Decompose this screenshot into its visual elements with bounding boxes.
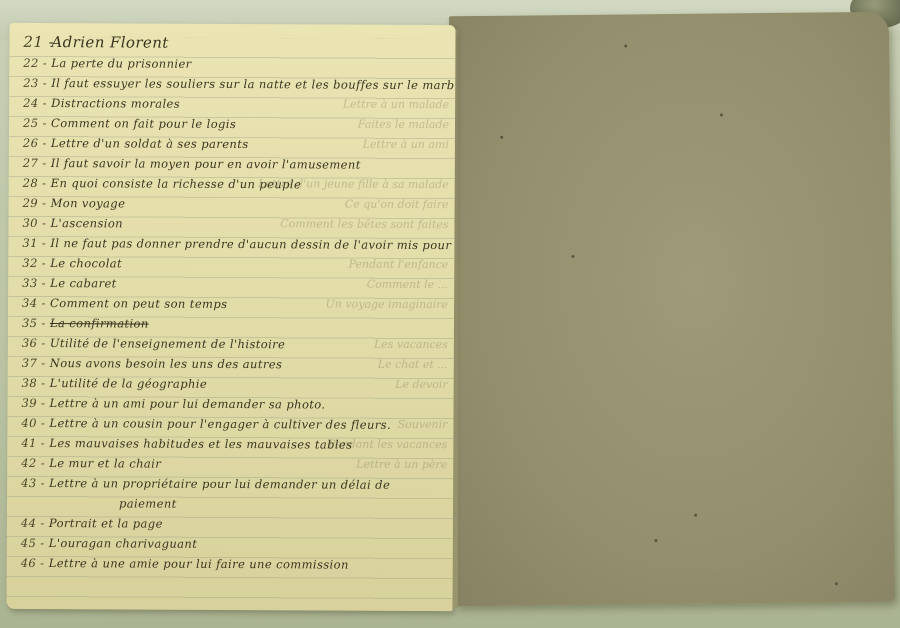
entry-text: paiement <box>119 496 177 510</box>
notebook-entry: 45 -L'ouragan charivaguant <box>21 533 451 555</box>
notebook-entry: 46 -Lettre à une amie pour lui faire une… <box>21 553 451 575</box>
entry-text: Comment on peut son temps <box>50 296 227 311</box>
notebook-entry: 31 -Il ne faut pas donner prendre d'aucu… <box>22 233 452 255</box>
notebook-entry: 26 -Lettre d'un soldat à ses parents <box>23 133 453 155</box>
entry-text: La confirmation <box>50 316 149 331</box>
entry-text: L'ouragan charivaguant <box>49 536 198 551</box>
entry-number: 25 - <box>23 113 51 133</box>
entry-text: Le cabaret <box>50 276 117 290</box>
entry-number: 38 - <box>22 373 50 393</box>
entry-number: 27 - <box>23 153 51 173</box>
notebook-entry: 23 -Il faut essuyer les souliers sur la … <box>23 73 453 95</box>
notebook-entry: 36 -Utilité de l'enseignement de l'histo… <box>22 333 452 355</box>
entry-number: 32 - <box>22 253 50 273</box>
entry-number: 21 - <box>23 31 51 53</box>
entry-number: 22 - <box>23 53 51 73</box>
entry-text: Portrait et la page <box>49 516 163 531</box>
notebook-entry: 21 -Adrien Florent <box>23 31 453 55</box>
entry-number: 41 - <box>21 433 49 453</box>
entry-number: 28 - <box>23 173 51 193</box>
entry-text: Le mur et la chair <box>49 456 161 471</box>
entry-number: 46 - <box>21 553 49 573</box>
entry-number: 29 - <box>23 193 51 213</box>
entry-number: 26 - <box>23 133 51 153</box>
entry-number: 43 - <box>21 473 49 493</box>
entry-text: Lettre d'un soldat à ses parents <box>51 136 249 151</box>
entry-number: 40 - <box>21 413 49 433</box>
notebook-entry: 28 -En quoi consiste la richesse d'un pe… <box>23 173 453 195</box>
entry-text: Il ne faut pas donner prendre d'aucun de… <box>50 236 455 252</box>
notebook-entry: 24 -Distractions morales <box>23 93 453 115</box>
entry-number: 44 - <box>21 513 49 533</box>
entry-text: Les mauvaises habitudes et les mauvaises… <box>49 436 352 452</box>
entry-number: 31 - <box>22 233 50 253</box>
entry-number: 33 - <box>22 273 50 293</box>
notebook-entry: 30 -L'ascension <box>22 213 452 235</box>
notebook-entry: 40 -Lettre à un cousin pour l'engager à … <box>21 413 451 435</box>
entry-text: Lettre à un cousin pour l'engager à cult… <box>49 416 391 432</box>
entry-number: 39 - <box>21 393 49 413</box>
entry-text: Distractions morales <box>51 96 180 111</box>
notebook-entry: 27 -Il faut savoir la moyen pour en avoi… <box>23 153 453 175</box>
entry-text: Le chocolat <box>50 256 122 270</box>
entry-number: 30 - <box>22 213 50 233</box>
entry-number: 35 - <box>22 313 50 333</box>
entry-text: Comment on fait pour le logis <box>51 116 236 131</box>
notebook-photo: Lettre à un maladeFaites le maladeLettre… <box>0 0 900 628</box>
entry-text: Adrien Florent <box>51 33 168 52</box>
notebook-entry: 42 -Le mur et la chair <box>21 453 451 475</box>
notebook-entry: 44 -Portrait et la page <box>21 513 451 535</box>
entry-text: Mon voyage <box>51 196 126 210</box>
entry-text: L'ascension <box>50 216 123 230</box>
entry-text: En quoi consiste la richesse d'un peuple <box>51 176 302 191</box>
notebook-entry: 38 -L'utilité de la géographie <box>22 373 452 395</box>
left-page: Lettre à un maladeFaites le maladeLettre… <box>6 23 455 611</box>
entry-number: 37 - <box>22 353 50 373</box>
entry-text: Utilité de l'enseignement de l'histoire <box>50 336 286 351</box>
notebook-entry: 22 -La perte du prisonnier <box>23 53 453 75</box>
notebook-entry: 35 -La confirmation <box>22 313 452 335</box>
notebook-entry: 25 -Comment on fait pour le logis <box>23 113 453 135</box>
entry-text: Il faut savoir la moyen pour en avoir l'… <box>51 156 361 172</box>
notebook-entry: 41 -Les mauvaises habitudes et les mauva… <box>21 433 451 455</box>
entry-number: 45 - <box>21 533 49 553</box>
notebook-entry: 33 -Le cabaret <box>22 273 452 295</box>
notebook-entry: paiement <box>21 493 451 515</box>
entry-text: Lettre à une amie pour lui faire une com… <box>49 556 349 572</box>
entry-number: 42 - <box>21 453 49 473</box>
notebook-entry: 32 -Le chocolat <box>22 253 452 275</box>
entry-text: La perte du prisonnier <box>51 56 191 71</box>
entry-text: L'utilité de la géographie <box>50 376 207 391</box>
notebook-entry: 29 -Mon voyage <box>23 193 453 215</box>
entry-text: Nous avons besoin les uns des autres <box>50 356 283 371</box>
notebook-entry: 37 -Nous avons besoin les uns des autres <box>22 353 452 375</box>
entry-number: 23 - <box>23 73 51 93</box>
entry-text: Lettre à un propriétaire pour lui demand… <box>49 476 390 492</box>
right-page-cover <box>449 12 895 607</box>
entry-text: Il faut essuyer les souliers sur la natt… <box>51 76 455 92</box>
notebook-entry: 43 -Lettre à un propriétaire pour lui de… <box>21 473 451 495</box>
notebook-entry: 34 -Comment on peut son temps <box>22 293 452 315</box>
entry-list: 21 -Adrien Florent22 -La perte du prison… <box>21 31 454 575</box>
entry-number: 36 - <box>22 333 50 353</box>
entry-number: 24 - <box>23 93 51 113</box>
notebook-entry: 39 -Lettre à un ami pour lui demander sa… <box>21 393 451 415</box>
entry-number: 34 - <box>22 293 50 313</box>
entry-text: Lettre à un ami pour lui demander sa pho… <box>50 396 326 411</box>
